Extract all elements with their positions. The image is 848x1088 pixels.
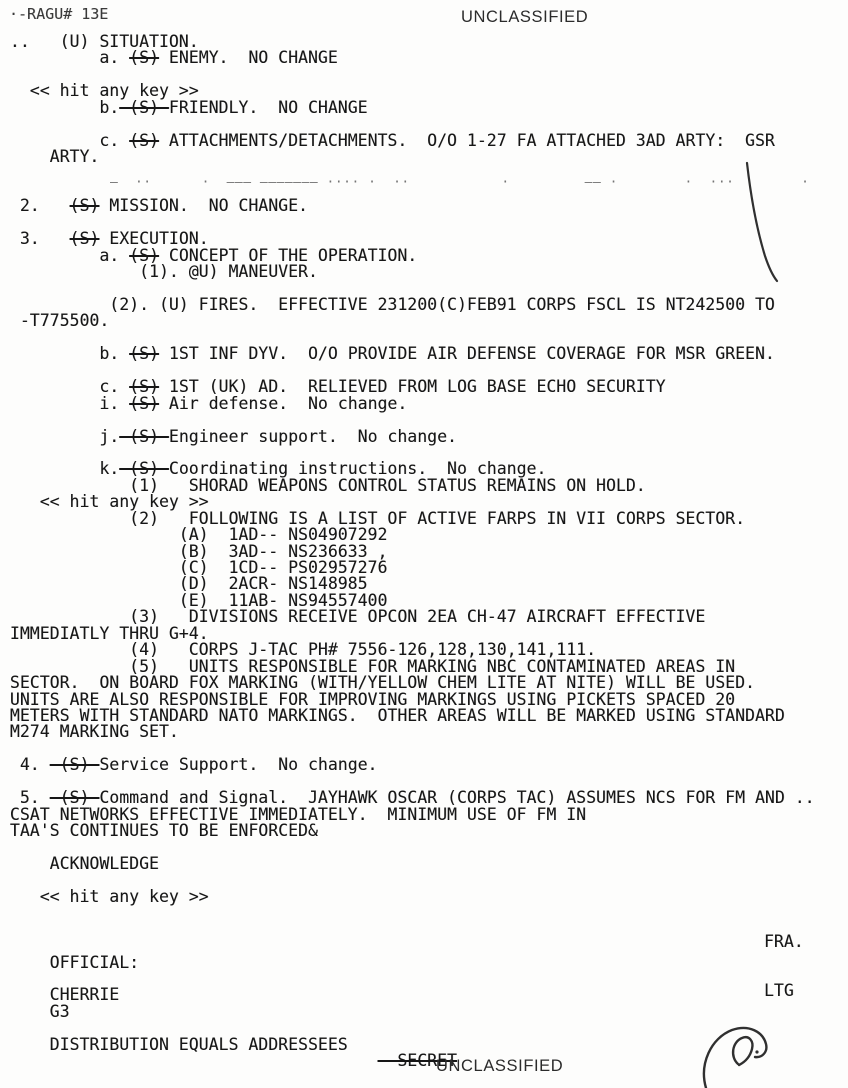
document-body: .. (U) SITUATION. a. (S) ENEMY. NO CHANG… bbox=[0, 34, 848, 1070]
signature-line-2: LTG bbox=[764, 983, 804, 999]
signature-block: FRA. LTG bbox=[764, 901, 804, 1033]
struck-classification-mark: (S) bbox=[129, 131, 159, 150]
document-line: OFFICIAL: bbox=[0, 955, 848, 971]
document-line: 4. (S) Service Support. No change. bbox=[0, 757, 848, 773]
struck-classification-mark: (S) bbox=[119, 427, 169, 446]
document-line: G3 bbox=[0, 1004, 848, 1020]
classification-stamp-top: UNCLASSIFIED bbox=[461, 8, 588, 27]
document-line: (1). @U) MANEUVER. bbox=[0, 264, 848, 280]
struck-classification-mark: (S) bbox=[129, 48, 159, 67]
document-id: ·-RAGU# 13E bbox=[9, 5, 108, 23]
document-line: b. (S) 1ST INF DYV. O/O PROVIDE AIR DEFE… bbox=[0, 346, 848, 362]
struck-classification-mark: (S) bbox=[129, 344, 159, 363]
document-line: ACKNOWLEDGE bbox=[0, 856, 848, 872]
signature-line-1: FRA. bbox=[764, 934, 804, 950]
document-line: -T775500. bbox=[0, 313, 848, 329]
struck-classification-mark: (S) bbox=[129, 394, 159, 413]
document-line: i. (S) Air defense. No change. bbox=[0, 396, 848, 412]
document-line: 2. (S) MISSION. NO CHANGE. bbox=[0, 198, 848, 214]
document-line: a. (S) ENEMY. NO CHANGE bbox=[0, 50, 848, 66]
document-line: CHERRIE bbox=[0, 987, 848, 1003]
document-line bbox=[0, 905, 848, 921]
struck-classification-mark: (S) bbox=[50, 755, 100, 774]
struck-classification-mark: (S) bbox=[119, 98, 169, 117]
document-line bbox=[0, 166, 848, 182]
document-line: << hit any key >> bbox=[0, 889, 848, 905]
classification-stamp-bottom: UNCLASSIFIED bbox=[436, 1057, 563, 1076]
document-line bbox=[0, 922, 848, 938]
document-line: c. (S) ATTACHMENTS/DETACHMENTS. O/O 1-27… bbox=[0, 133, 848, 149]
struck-classification-mark: (S) bbox=[70, 196, 100, 215]
document-line bbox=[0, 971, 848, 987]
document-line: (2). (U) FIRES. EFFECTIVE 231200(C)FEB91… bbox=[0, 297, 848, 313]
document-line: M274 MARKING SET. bbox=[0, 724, 848, 740]
document-line: j. (S) Engineer support. No change. bbox=[0, 429, 848, 445]
scanned-document-page: ·-RAGU# 13E UNCLASSIFIED — ·· · ——— ————… bbox=[0, 0, 848, 1088]
document-line: SECRET bbox=[0, 1053, 848, 1069]
document-line: TAA'S CONTINUES TO BE ENFORCED& bbox=[0, 823, 848, 839]
document-line: b. (S) FRIENDLY. NO CHANGE bbox=[0, 100, 848, 116]
document-line: ARTY. bbox=[0, 149, 848, 165]
